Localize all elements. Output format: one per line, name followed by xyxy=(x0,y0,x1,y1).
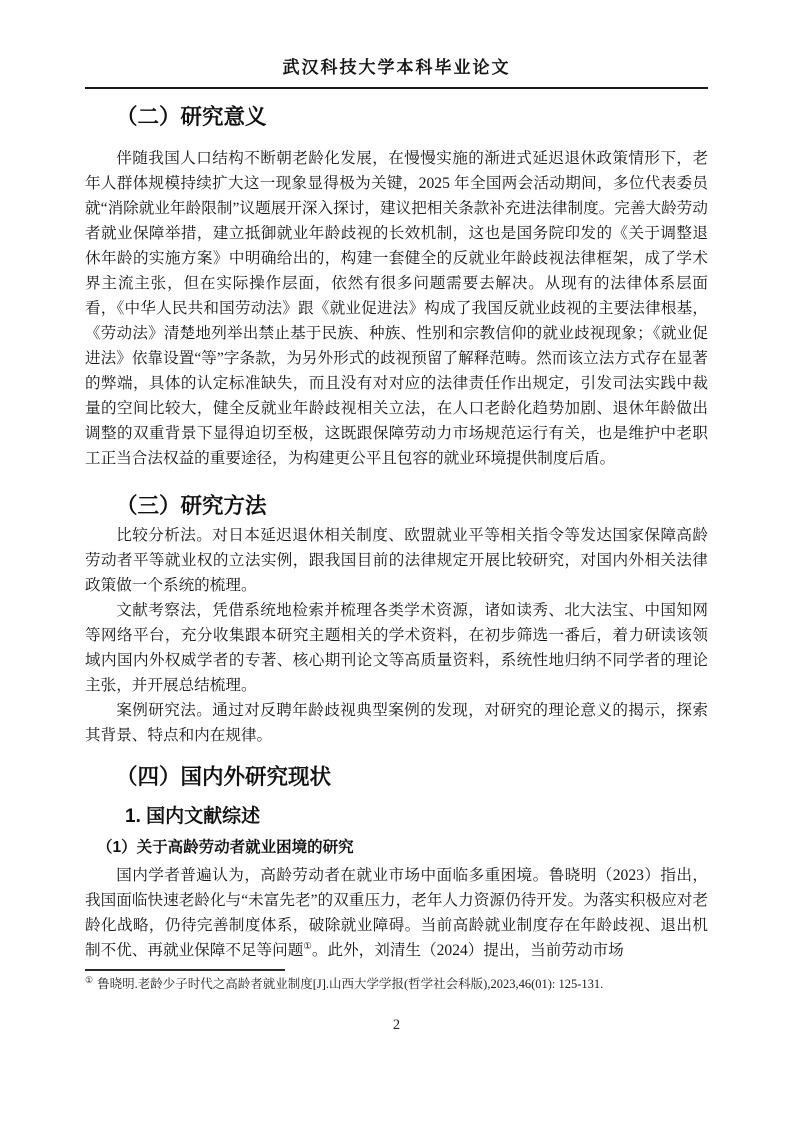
page-content: 武汉科技大学本科毕业论文 （二）研究意义 伴随我国人口结构不断朝老龄化发展，在慢… xyxy=(85,0,708,1034)
subsection-heading-domestic-literature: 1. 国内文献综述 xyxy=(85,804,708,830)
section-heading-research-status: （四）国内外研究现状 xyxy=(85,763,708,791)
point-heading-employment-difficulties: （1）关于高龄劳动者就业困境的研究 xyxy=(85,837,708,859)
page-number: 2 xyxy=(85,1017,708,1034)
footnote-reference-marker: ① xyxy=(303,942,312,952)
footnote: ①鲁晓明.老龄少子时代之高龄者就业制度[J].山西大学学报(哲学社会科版),20… xyxy=(85,976,708,993)
footnote-text: 鲁晓明.老龄少子时代之高龄者就业制度[J].山西大学学报(哲学社会科版),202… xyxy=(97,977,603,991)
section-heading-research-significance: （二）研究意义 xyxy=(85,103,708,131)
paragraph-case-study-method: 案例研究法。通过对反聘年龄歧视典型案例的发现，对研究的理论意义的揭示，探索其背景… xyxy=(85,698,708,748)
paragraph-domestic-scholars: 国内学者普遍认为，高龄劳动者在就业市场中面临多重困境。鲁晓明（2023）指出，我… xyxy=(85,863,708,963)
footnote-divider xyxy=(85,969,285,971)
page-header-title: 武汉科技大学本科毕业论文 xyxy=(85,57,708,79)
paragraph-comparative-analysis-method: 比较分析法。对日本延迟退休相关制度、欧盟就业平等相关指令等发达国家保障高龄劳动者… xyxy=(85,523,708,598)
paragraph-research-significance: 伴随我国人口结构不断朝老龄化发展，在慢慢实施的渐进式延迟退休政策情形下，老年人群… xyxy=(85,146,708,471)
footnote-marker: ① xyxy=(85,975,93,985)
paragraph-text-after-footnote: 。此外，刘清生（2024）提出，当前劳动市场 xyxy=(312,942,624,959)
paragraph-literature-review-method: 文献考察法，凭借系统地检索并梳理各类学术资源，诸如读秀、北大法宝、中国知网等网络… xyxy=(85,598,708,698)
header-divider xyxy=(85,87,708,89)
section-heading-research-methods: （三）研究方法 xyxy=(85,492,708,520)
thesis-page: 武汉科技大学本科毕业论文 （二）研究意义 伴随我国人口结构不断朝老龄化发展，在慢… xyxy=(0,0,793,1122)
